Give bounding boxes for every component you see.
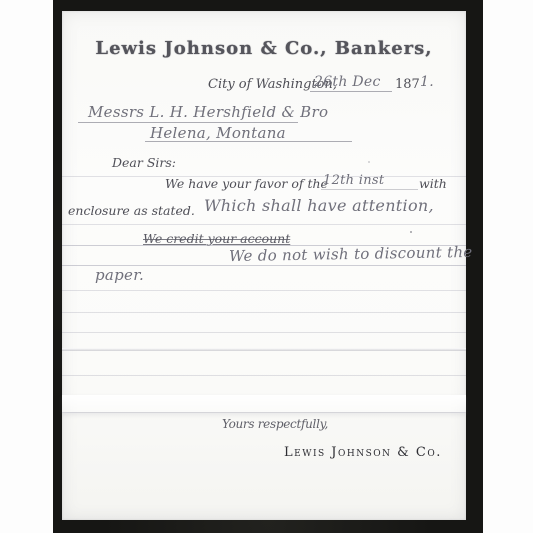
body-handwritten-attention: Which shall have attention, <box>204 196 434 215</box>
letterhead-title: Lewis Johnson & Co., Bankers, <box>62 38 466 59</box>
ink-speck <box>410 231 412 233</box>
salutation: Dear Sirs: <box>112 155 176 170</box>
rule-line <box>62 312 466 313</box>
valediction: Yours respectfully, <box>222 417 328 431</box>
rule-line <box>62 290 466 291</box>
rule-line <box>62 332 466 333</box>
dateline-year-printed: 187 <box>395 77 420 92</box>
body-fill-underline <box>321 189 418 190</box>
dateline-year-handwritten: 1. <box>420 74 434 90</box>
rule-line <box>62 224 466 225</box>
recipient-underline-2 <box>145 141 352 142</box>
scanned-letter-photo: { "letter": { "letterhead": "Lewis Johns… <box>0 0 533 533</box>
body-handwritten-fill: 12th inst <box>323 173 384 188</box>
recipient-line-2: Helena, Montana <box>150 124 286 142</box>
letter-paper: Lewis Johnson & Co., Bankers, City of Wa… <box>62 11 466 520</box>
dateline-day-month-handwritten: 26th Dec <box>314 74 381 90</box>
body-handwritten-discount-2: paper. <box>95 266 144 284</box>
body-handwritten-discount-1: We do not wish to discount the <box>229 243 473 265</box>
body-printed-opening: We have your favor of the <box>165 176 328 191</box>
rule-line <box>62 375 466 376</box>
body-struck-out-clause: We credit your account <box>143 231 290 246</box>
dateline-fill-underline <box>310 91 392 92</box>
fold-band <box>62 395 466 413</box>
ink-speck <box>368 161 370 163</box>
signature: Lewis Johnson & Co. <box>284 445 442 460</box>
recipient-underline-1 <box>78 122 298 123</box>
body-printed-with: with <box>419 176 447 191</box>
recipient-line-1: Messrs L. H. Hershfield & Bro <box>88 103 328 121</box>
body-printed-enclosure: enclosure as stated. <box>68 203 195 218</box>
fold-crease <box>62 348 466 351</box>
